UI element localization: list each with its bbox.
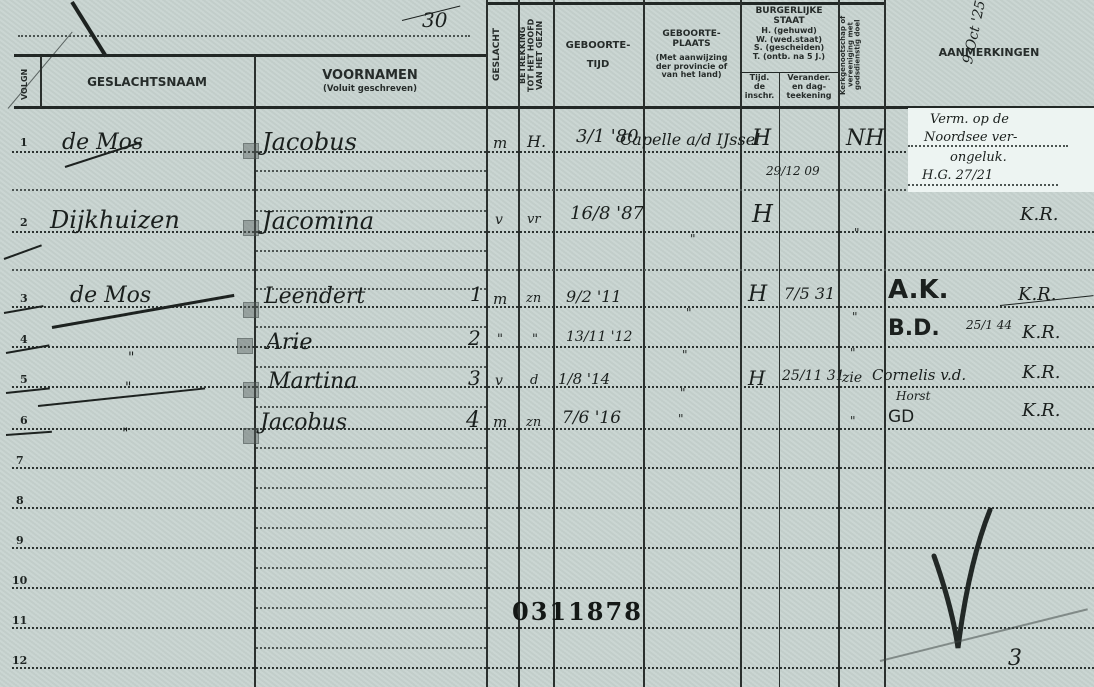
- sex-row-3: m: [493, 290, 507, 308]
- register-card: 30 VOLGN GESLACHTSNAAM VOORNAMEN (Voluit…: [0, 0, 1094, 687]
- relation-row-5: d: [530, 373, 538, 388]
- civil-status-row-5: H: [748, 366, 765, 390]
- row-line-6: [12, 428, 1094, 430]
- voornamen-subline: [256, 250, 486, 252]
- corner-cross-stroke: [70, 1, 107, 57]
- birth-place-row-5: ": [680, 386, 686, 400]
- stamp-ak: A.K.: [888, 275, 949, 305]
- header-tijd-3: inschr.: [740, 92, 779, 101]
- remarks-row-1-line-1: Verm. op de: [930, 112, 1009, 127]
- voornamen-subline: [256, 567, 486, 569]
- header-top-rule: [14, 54, 486, 57]
- header-geslacht: GESLACHT: [493, 8, 513, 102]
- given-name-row-4: Arie: [266, 330, 312, 355]
- church-row-2: ": [854, 226, 860, 240]
- row-number-10: 10: [12, 574, 27, 587]
- church-row-3: ": [852, 310, 858, 324]
- birth-date-row-4: 13/11 '12: [566, 329, 632, 345]
- voornamen-subline: [256, 527, 486, 529]
- relation-row-6: zn: [526, 415, 541, 430]
- row-number-8: 8: [16, 494, 24, 507]
- surname-row-6: ": [122, 426, 128, 442]
- voornamen-subline: [256, 170, 486, 172]
- birth-place-row-2: ": [690, 232, 696, 246]
- church-row-4: ": [850, 346, 856, 360]
- birth-date-row-2: 16/8 '87: [570, 203, 644, 224]
- row-line-7: [12, 467, 1094, 469]
- header-betrekking: BETREKKING TOT HET HOOFD VAN HET GEZIN: [519, 8, 552, 102]
- sex-row-2: v: [495, 212, 503, 228]
- civil-status-row-3: H: [748, 282, 767, 307]
- remarks-row-4-date: 25/1 44: [966, 318, 1012, 332]
- col-line-geboortetijd: [643, 0, 645, 687]
- note-dotted-line: [908, 184, 1058, 186]
- row-subline-2: [12, 269, 1094, 271]
- sex-row-6: m: [493, 413, 507, 431]
- row-number-strike: [6, 431, 52, 436]
- header-top-rule-right: [486, 2, 886, 5]
- header-geslachtsnaam: GESLACHTSNAAM: [40, 76, 254, 89]
- header-geboortetijd-1: GEBOORTE-: [553, 40, 643, 51]
- civil-status-row-2: H: [752, 200, 773, 228]
- church-row-6: ": [850, 414, 856, 428]
- row-number-12: 12: [12, 654, 27, 667]
- remarks-row-5-husband-2: Horst: [896, 389, 930, 403]
- col-line-kerk: [884, 0, 886, 687]
- row-number-7: 7: [16, 454, 24, 467]
- church-row-5: zie: [842, 370, 862, 386]
- surname-row-2: Dijkhuizen: [50, 206, 180, 234]
- birth-place-row-1: Capelle a/d IJssel: [620, 130, 760, 149]
- surname-row-3: de Mos: [70, 283, 151, 308]
- birth-place-row-3: ": [686, 306, 692, 320]
- birth-place-row-6: ": [678, 412, 684, 426]
- header-kerk-3: godsdienstig doel: [854, 20, 862, 90]
- header-verander-3: teekening: [780, 92, 838, 101]
- relation-row-2: vr: [527, 212, 541, 227]
- stamp-mark-row-5: [243, 382, 259, 398]
- header-geboortetijd-2: TIJD: [553, 59, 643, 70]
- remarks-row-4-kr: K.R.: [1022, 322, 1060, 343]
- row-number-3: 3: [20, 292, 28, 305]
- header-voornamen: VOORNAMEN (Voluit geschreven): [254, 69, 486, 95]
- serial-number: 0311878: [512, 597, 643, 626]
- note-dotted-line: [908, 145, 1068, 147]
- top-dotted-line: [18, 35, 470, 37]
- header-verander: Verander. en dag- teekening: [780, 74, 838, 100]
- stamp-mark-row-2: [243, 220, 259, 236]
- surname-row-5: ": [125, 380, 131, 396]
- voornamen-subline: [256, 406, 486, 408]
- row-number-1: 1: [20, 136, 28, 149]
- header-geboortetijd: GEBOORTE- TIJD: [553, 40, 643, 70]
- row-line-12: [12, 667, 1094, 669]
- civil-date-row-3: 7/5 31: [784, 284, 835, 303]
- given-name-row-5: Martina: [268, 369, 357, 394]
- header-kerk: Kerkgenootschap of vereeniging met godsd…: [840, 6, 882, 104]
- col-line-voornamen: [486, 0, 488, 687]
- header-geboorteplaats: GEBOORTE- PLAATS (Met aanwijzing der pro…: [643, 30, 740, 80]
- birth-date-row-5: 1/8 '14: [558, 370, 610, 388]
- ordinal-row-6: 4: [466, 408, 480, 433]
- civil-date-row-5: 25/11 31: [782, 368, 845, 384]
- stamp-gd: GD: [888, 407, 914, 427]
- col-line-geslacht: [518, 0, 520, 687]
- row-number-11: 11: [12, 614, 27, 627]
- civil-date-row-1: 29/12 09: [766, 164, 820, 178]
- header-tijd: Tijd. de inschr.: [740, 74, 779, 100]
- sex-row-5: v: [495, 373, 503, 389]
- remarks-row-1-line-2: Noordsee ver-: [924, 130, 1017, 145]
- row-number-6: 6: [20, 414, 28, 427]
- ordinal-row-3: 1: [470, 282, 483, 306]
- voornamen-subline: [256, 447, 486, 449]
- col-line-geboorteplaats: [740, 0, 742, 687]
- church-row-1: NH: [846, 126, 884, 151]
- header-voornamen-title: VOORNAMEN: [254, 69, 486, 83]
- remarks-row-5-kr: K.R.: [1022, 362, 1060, 383]
- voornamen-subline: [256, 647, 486, 649]
- remarks-row-1-line-3: ongeluk.: [950, 150, 1007, 165]
- header-geboorteplaats-2: PLAATS: [643, 40, 740, 50]
- row-line-4: [12, 346, 1094, 348]
- row-number-5: 5: [20, 373, 28, 386]
- voornamen-subline: [256, 607, 486, 609]
- remarks-row-5-husband: Cornelis v.d.: [872, 366, 966, 384]
- voornamen-subline: [256, 366, 486, 368]
- row-number-2: 2: [20, 216, 28, 229]
- header-burgerlijke-6: T. (ontb. na 5 J.): [740, 53, 838, 62]
- bottom-right-mark: 3: [1008, 646, 1022, 671]
- header-voornamen-sub: (Voluit geschreven): [254, 85, 486, 94]
- stamp-mark-row-3: [243, 302, 259, 318]
- row-number-strike: [4, 244, 42, 260]
- row-number-strike: [6, 387, 50, 394]
- checkmark-icon: [926, 500, 1006, 660]
- row-line-5: [12, 386, 1094, 388]
- given-name-row-2: Jacomina: [262, 207, 374, 235]
- header-volgn: VOLGN: [21, 62, 29, 106]
- birth-place-row-4: ": [682, 348, 688, 362]
- surname-row-4: ": [128, 350, 134, 366]
- row-number-9: 9: [16, 534, 24, 547]
- header-geboorteplaats-5: van het land): [643, 71, 740, 80]
- ordinal-row-4: 2: [468, 326, 481, 350]
- relation-row-3: zn: [526, 291, 541, 306]
- stamp-mark-row-6: [243, 428, 259, 444]
- relation-row-1: H.: [527, 132, 546, 151]
- header-burgerlijke: BURGERLIJKE STAAT H. (gehuwd) W. (wed.st…: [740, 7, 838, 62]
- given-name-row-1: Jacobus: [262, 128, 357, 156]
- header-aanmerkingen: AANMERKINGEN: [884, 47, 1094, 59]
- col-line-betrekking: [553, 0, 555, 687]
- relation-row-4: ": [532, 332, 538, 347]
- header-betrekking-3: VAN HET GEZIN: [535, 20, 544, 89]
- civil-status-row-1: H: [752, 126, 771, 151]
- sex-row-4: ": [497, 332, 503, 347]
- surname-row-1: de Mos: [62, 130, 143, 155]
- birth-date-row-3: 9/2 '11: [566, 287, 622, 306]
- surname-row-5-strike: [38, 387, 205, 407]
- remarks-row-2-kr: K.R.: [1020, 204, 1058, 225]
- stamp-bd: B.D.: [888, 316, 940, 341]
- given-name-row-6: Jacobus: [260, 410, 347, 435]
- row-number-4: 4: [20, 333, 28, 346]
- given-name-row-3: Leendert: [264, 284, 365, 309]
- voornamen-subline: [256, 487, 486, 489]
- remarks-row-6-kr: K.R.: [1022, 400, 1060, 421]
- stamp-mark-row-4: [237, 338, 253, 354]
- ordinal-row-5: 3: [468, 366, 481, 390]
- stamp-mark-row-1: [243, 143, 259, 159]
- remarks-row-1-line-4: H.G. 27/21: [922, 168, 993, 183]
- voornamen-subline: [256, 326, 486, 328]
- sex-row-1: m: [493, 134, 507, 152]
- birth-date-row-6: 7/6 '16: [562, 408, 621, 428]
